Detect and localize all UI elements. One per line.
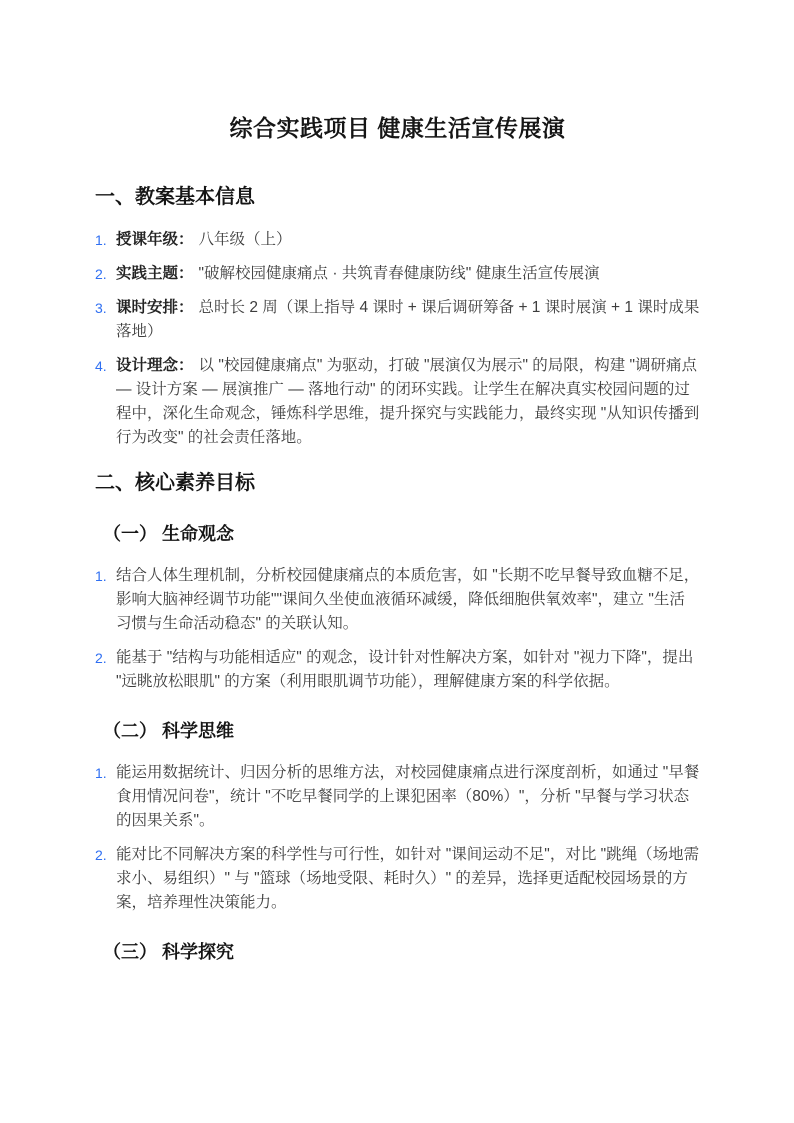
- item-value: 八年级（上）: [199, 231, 292, 248]
- item-text: 能运用数据统计、归因分析的思维方法，对校园健康痛点进行深度剖析，如通过 "早餐食…: [116, 761, 700, 833]
- item-value: "破解校园健康痛点 · 共筑青春健康防线" 健康生活宣传展演: [199, 265, 600, 282]
- scientific-thinking-list: 1. 能运用数据统计、归因分析的思维方法，对校园健康痛点进行深度剖析，如通过 "…: [95, 761, 700, 915]
- document-page: 综合实践项目 健康生活宣传展演 一、教案基本信息 1. 授课年级：八年级（上） …: [0, 0, 794, 1123]
- item-label: 授课年级：: [116, 231, 194, 248]
- basic-info-list: 1. 授课年级：八年级（上） 2. 实践主题："破解校园健康痛点 · 共筑青春健…: [95, 228, 700, 450]
- item-label: 实践主题：: [116, 265, 194, 282]
- item-number: 1.: [95, 228, 116, 252]
- item-label: 课时安排：: [116, 299, 194, 316]
- item-text: 设计理念：以 "校园健康痛点" 为驱动，打破 "展演仅为展示" 的局限，构建 "…: [116, 354, 700, 450]
- section-heading-basic-info: 一、教案基本信息: [95, 184, 700, 211]
- item-text: 能对比不同解决方案的科学性与可行性，如针对 "课间运动不足"，对比 "跳绳（场地…: [116, 843, 700, 915]
- item-number: 1.: [95, 564, 116, 588]
- list-item: 3. 课时安排：总时长 2 周（课上指导 4 课时 + 课后调研筹备 + 1 课…: [95, 296, 700, 344]
- item-label: 设计理念：: [116, 357, 194, 374]
- item-number: 2.: [95, 646, 116, 670]
- list-item: 1. 能运用数据统计、归因分析的思维方法，对校园健康痛点进行深度剖析，如通过 "…: [95, 761, 700, 833]
- item-value: 以 "校园健康痛点" 为驱动，打破 "展演仅为展示" 的局限，构建 "调研痛点 …: [116, 357, 699, 446]
- item-text: 课时安排：总时长 2 周（课上指导 4 课时 + 课后调研筹备 + 1 课时展演…: [116, 296, 700, 344]
- section-heading-core-goals: 二、核心素养目标: [95, 470, 700, 497]
- item-value: 总时长 2 周（课上指导 4 课时 + 课后调研筹备 + 1 课时展演 + 1 …: [116, 299, 699, 340]
- list-item: 1. 授课年级：八年级（上）: [95, 228, 700, 252]
- life-concept-list: 1. 结合人体生理机制，分析校园健康痛点的本质危害，如 "长期不吃早餐导致血糖不…: [95, 564, 700, 694]
- list-item: 2. 实践主题："破解校园健康痛点 · 共筑青春健康防线" 健康生活宣传展演: [95, 262, 700, 286]
- item-text: 实践主题："破解校园健康痛点 · 共筑青春健康防线" 健康生活宣传展演: [116, 262, 700, 286]
- item-number: 3.: [95, 296, 116, 320]
- item-text: 结合人体生理机制，分析校园健康痛点的本质危害，如 "长期不吃早餐导致血糖不足，影…: [116, 564, 700, 636]
- item-text: 能基于 "结构与功能相适应" 的观念，设计针对性解决方案，如针对 "视力下降"，…: [116, 646, 700, 694]
- subsection-heading-scientific-thinking: （二） 科学思维: [103, 719, 700, 744]
- item-number: 1.: [95, 761, 116, 785]
- item-number: 2.: [95, 262, 116, 286]
- list-item: 2. 能基于 "结构与功能相适应" 的观念，设计针对性解决方案，如针对 "视力下…: [95, 646, 700, 694]
- item-text: 授课年级：八年级（上）: [116, 228, 700, 252]
- item-number: 4.: [95, 354, 116, 378]
- item-number: 2.: [95, 843, 116, 867]
- list-item: 2. 能对比不同解决方案的科学性与可行性，如针对 "课间运动不足"，对比 "跳绳…: [95, 843, 700, 915]
- document-title: 综合实践项目 健康生活宣传展演: [95, 112, 700, 145]
- list-item: 1. 结合人体生理机制，分析校园健康痛点的本质危害，如 "长期不吃早餐导致血糖不…: [95, 564, 700, 636]
- list-item: 4. 设计理念：以 "校园健康痛点" 为驱动，打破 "展演仅为展示" 的局限，构…: [95, 354, 700, 450]
- subsection-heading-life-concept: （一） 生命观念: [103, 522, 700, 547]
- subsection-heading-scientific-inquiry: （三） 科学探究: [103, 940, 700, 965]
